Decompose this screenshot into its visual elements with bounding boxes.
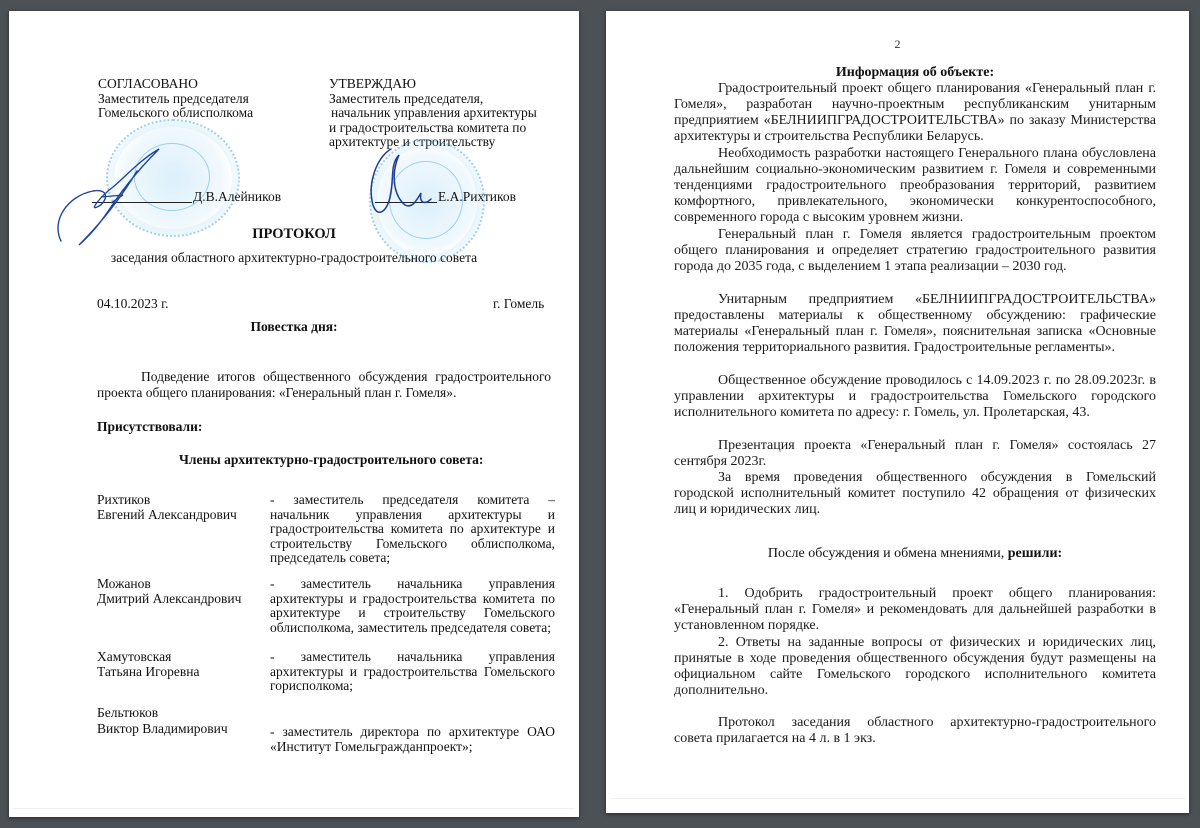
- approval-line: и градостроительства комитета по: [329, 121, 537, 136]
- member-role: - заместитель начальника управления архи…: [270, 577, 555, 635]
- approval-line: Заместитель председателя,: [329, 92, 537, 107]
- handwritten-signature-icon: [359, 143, 449, 223]
- info-paragraph: Презентация проекта «Генеральный план г.…: [674, 438, 1156, 470]
- info-paragraph: Необходимость разработки настоящего Гене…: [674, 146, 1156, 226]
- page-number: 2: [606, 37, 1189, 52]
- signatory-name: Д.В.Алейников: [193, 189, 281, 205]
- decision-intro: После обсуждения и обмена мнениями, реши…: [674, 546, 1156, 562]
- document-page-1: СОГЛАСОВАНО Заместитель председателя Гом…: [9, 11, 579, 817]
- member-name: Бельтюков Виктор Владимирович: [97, 706, 267, 736]
- approval-line: начальник управления архитектуры: [329, 106, 537, 121]
- info-paragraph: Унитарным предприятием «БЕЛНИИПГРАДОСТРО…: [674, 292, 1156, 356]
- member-name: Хамутовская Татьяна Игоревна: [97, 650, 267, 679]
- info-heading: Информация об объекте:: [674, 65, 1156, 81]
- info-paragraph: Генеральный план г. Гомеля является град…: [674, 227, 1156, 275]
- member-role: - заместитель председателя комитета – на…: [270, 493, 555, 566]
- info-paragraph: Градостроительный проект общего планиров…: [674, 81, 1156, 145]
- member-role: - заместитель начальника управления архи…: [270, 650, 555, 694]
- approval-heading: СОГЛАСОВАНО: [98, 77, 253, 92]
- document-viewer: СОГЛАСОВАНО Заместитель председателя Гом…: [0, 0, 1200, 828]
- document-date: 04.10.2023 г.: [97, 296, 169, 312]
- document-title: ПРОТОКОЛ: [9, 226, 579, 243]
- member-name: Рихтиков Евгений Александрович: [97, 493, 267, 522]
- approval-line: Заместитель председателя: [98, 92, 253, 107]
- signatory-name: Е.А.Рихтиков: [438, 189, 516, 205]
- agenda-heading: Повестка дня:: [9, 319, 579, 335]
- scan-edge: [13, 808, 575, 809]
- member-role: - заместитель директора по архитектуре О…: [270, 725, 555, 754]
- members-heading: Члены архитектурно-градостроительного со…: [179, 452, 483, 468]
- decision-item: 2. Ответы на заданные вопросы от физичес…: [674, 635, 1156, 699]
- info-paragraph: За время проведения общественного обсужд…: [674, 470, 1156, 518]
- document-city: г. Гомель: [493, 296, 544, 312]
- approval-heading: УТВЕРЖДАЮ: [329, 77, 537, 92]
- scan-edge: [610, 798, 1185, 799]
- agenda-text: Подведение итогов общественного обсужден…: [97, 369, 551, 401]
- member-name: Можанов Дмитрий Александрович: [97, 577, 267, 606]
- document-page-2: 2 Информация об объекте: Градостроительн…: [606, 11, 1189, 813]
- present-heading: Присутствовали:: [97, 419, 202, 435]
- closing-note: Протокол заседания областного архитектур…: [674, 715, 1156, 747]
- approval-block-agreed: СОГЛАСОВАНО Заместитель председателя Гом…: [98, 77, 253, 121]
- info-paragraph: Общественное обсуждение проводилось с 14…: [674, 373, 1156, 421]
- decision-item: 1. Одобрить градостроительный проект общ…: [674, 586, 1156, 634]
- document-subtitle: заседания областного архитектурно-градос…: [9, 250, 579, 266]
